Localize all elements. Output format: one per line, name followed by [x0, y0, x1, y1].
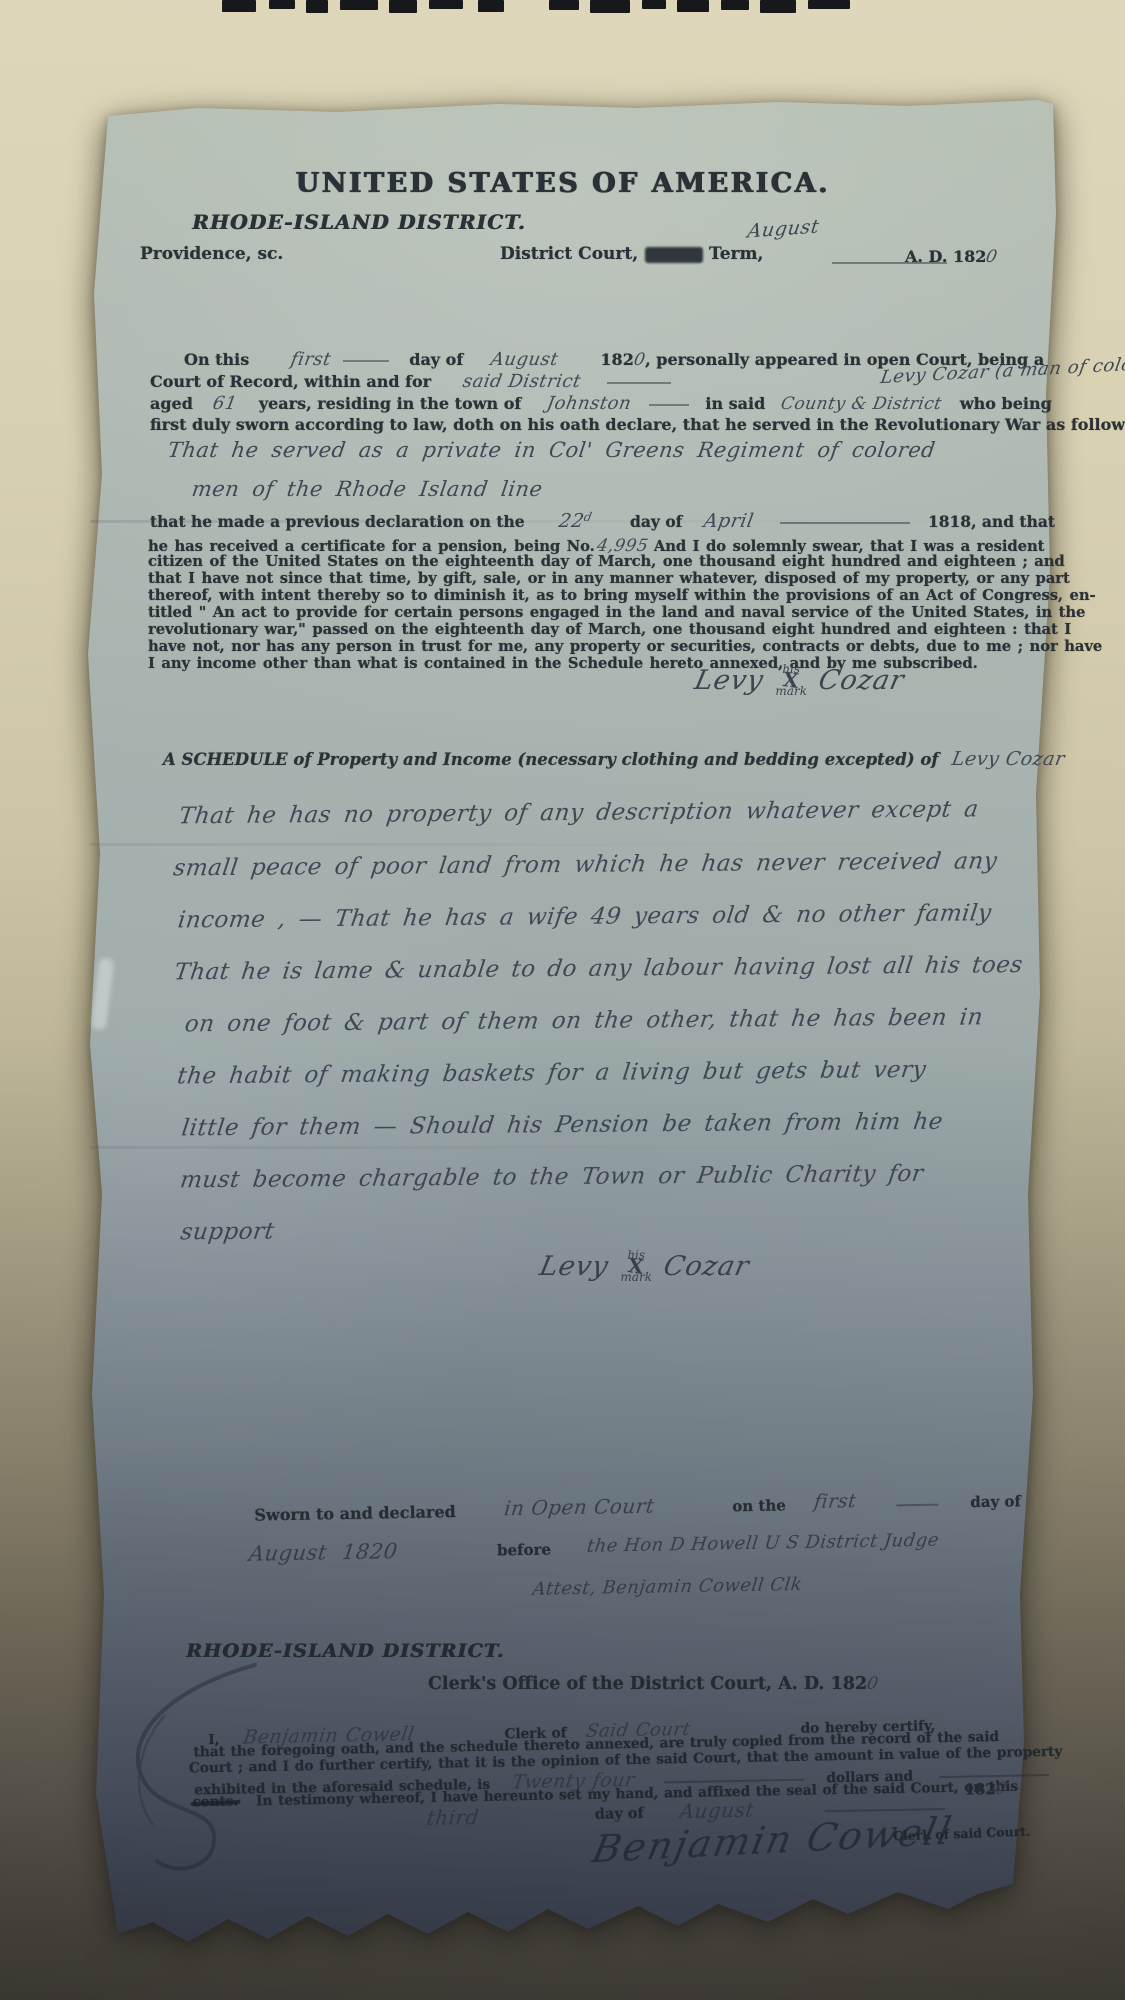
x-mark: his X mark: [620, 1250, 652, 1283]
schedule-line: That he is lame & unable to do any labou…: [173, 952, 1025, 985]
year-handwritten: 0: [994, 1779, 1008, 1799]
district-handwritten: said District: [461, 371, 583, 392]
age-handwritten: 61: [211, 393, 239, 414]
office-year-handwritten: 0: [865, 1674, 880, 1694]
county-handwritten: County & District: [780, 394, 944, 414]
prev-day-handwritten: 22: [557, 510, 586, 532]
attest-handwritten: Attest, Benjamin Cowell Clk: [531, 1574, 803, 1600]
declaration-line-2: Court of Record, within and forsaid Dist…: [150, 371, 671, 392]
prev-month-handwritten: April: [702, 510, 756, 532]
declaration-line-4: first duly sworn according to law, doth …: [150, 415, 1125, 434]
sworn-block: Sworn to and declared in Open Court on t…: [0, 0, 1125, 10]
country-title: UNITED STATES OF AMERICA.: [0, 168, 1125, 199]
day-handwritten: first: [289, 349, 333, 370]
schedule-line: must become chargable to the Town or Pub…: [179, 1161, 926, 1194]
sworn-printed: Sworn to and declared: [254, 1502, 456, 1525]
printed-text: 1818: [928, 512, 971, 531]
printed-text: aged: [150, 394, 193, 413]
schedule-line: That he has no property of any descripti…: [177, 796, 980, 829]
anno-domini: A. D. 1820: [905, 247, 998, 267]
oath-line-7: have not, nor has any person in trust fo…: [148, 638, 1102, 655]
printed-text: On this: [184, 350, 249, 369]
printed-text: that I have not since that time, by gift…: [148, 570, 1070, 587]
judge-handwritten: the Hon D Howell U S District Judge: [586, 1530, 941, 1557]
schedule-title: A SCHEDULE of Property and Income (neces…: [163, 750, 938, 769]
schedule-line: support: [179, 1219, 276, 1246]
court-label: District Court,: [500, 244, 638, 264]
prev-day-suffix-handwritten: d: [583, 510, 594, 524]
sworn-day-handwritten: first: [813, 1490, 858, 1513]
printed-text: citizen of the United States on the eigh…: [148, 553, 1065, 570]
blank-rule: [896, 1504, 938, 1507]
certification-block: I,Benjamin CowellClerk ofSaid Courtdo he…: [0, 0, 1125, 11]
clerks-office-line: Clerk's Office of the District Court, A.…: [428, 1674, 878, 1694]
schedule-line: on one foot & part of them on the other,…: [183, 1004, 984, 1037]
ad-printed: A. D. 182: [905, 247, 986, 266]
printed-text: thereof, with intent thereby so to dimin…: [148, 587, 1096, 604]
oath-line-4: thereof, with intent thereby so to dimin…: [148, 587, 1096, 604]
previous-declaration-line: that he made a previous declaration on t…: [150, 510, 1055, 532]
printed-text: revolutionary war," passed on the eighte…: [148, 621, 1071, 638]
on-the-printed: on the: [732, 1496, 786, 1515]
sworn-date-handwritten: August 1820: [248, 1539, 399, 1566]
oath-line-3: that I have not since that time, by gift…: [148, 570, 1070, 587]
printed-text: 182: [964, 1780, 996, 1799]
providence-label: Providence, sc.: [140, 244, 283, 264]
oath-line-2: citizen of the United States on the eigh…: [148, 553, 1065, 570]
schedule-title-line: A SCHEDULE of Property and Income (neces…: [163, 748, 1065, 770]
cert-day-handwritten: third: [425, 1805, 480, 1830]
levy-cozar-signature-2: Levy his X mark Cozar: [540, 1250, 749, 1283]
photo-of-historical-document: UNITED STATES OF AMERICA. RHODE-ISLAND D…: [0, 0, 1125, 2000]
ink-blot: [645, 247, 703, 263]
clerks-office-printed: Clerk's Office of the District Court, A.…: [428, 1674, 867, 1694]
printed-text: have not, nor has any person in trust fo…: [148, 638, 1102, 655]
district-heading: RHODE-ISLAND DISTRICT.: [192, 210, 526, 234]
schedule-line: little for them — Should his Pension be …: [180, 1109, 945, 1142]
printed-text: in said: [705, 394, 765, 413]
levy-cozar-signature: Levy his X mark Cozar: [695, 664, 904, 697]
signature-last-name: Cozar: [661, 1251, 753, 1282]
declaration-line-3: aged61years, residing in the town ofJohn…: [150, 393, 1052, 414]
printed-text: , and that: [971, 512, 1055, 531]
open-court-handwritten: in Open Court: [503, 1494, 656, 1521]
service-handwritten-1: That he served as a private in Col' Gree…: [166, 438, 937, 462]
cert-year: 1820: [964, 1779, 1007, 1800]
schedule-name-handwritten: Levy Cozar: [950, 748, 1067, 770]
document-text: UNITED STATES OF AMERICA. RHODE-ISLAND D…: [0, 0, 1125, 2000]
oath-line-6: revolutionary war," passed on the eighte…: [148, 621, 1071, 638]
printed-text: titled " An act to provide for certain p…: [148, 604, 1085, 621]
town-handwritten: Johnston: [545, 393, 633, 414]
schedule-line: income , — That he has a wife 49 years o…: [176, 900, 993, 933]
schedule-line: the habit of making baskets for a living…: [176, 1057, 928, 1090]
x-mark: his X mark: [775, 664, 807, 697]
x-glyph: X: [628, 1260, 645, 1273]
printed-text: years, residing in the town of: [259, 394, 521, 413]
printed-text: day of: [409, 350, 463, 369]
printed-text: that he made a previous declaration on t…: [150, 512, 525, 531]
ad-year-handwritten: 0: [985, 247, 1000, 267]
printed-text: day of: [630, 512, 682, 531]
schedule-body: That he has no property of any descripti…: [0, 0, 1125, 5]
signature-first-name: Levy: [692, 665, 767, 696]
x-glyph: X: [783, 674, 800, 687]
day-of-printed: day of: [970, 1492, 1021, 1511]
signature-first-name: Levy: [537, 1251, 612, 1282]
term-label: Term,: [709, 244, 763, 264]
printed-text: Court of Record, within and for: [150, 372, 431, 391]
signature-last-name: Cozar: [816, 665, 908, 696]
printed-text: first duly sworn according to law, doth …: [150, 415, 1125, 434]
oath-line-5: titled " An act to provide for certain p…: [148, 604, 1085, 621]
schedule-line: small peace of poor land from which he h…: [172, 848, 999, 881]
pen-flourish: [105, 1655, 315, 1885]
before-printed: before: [497, 1540, 551, 1559]
month-handwritten: August: [489, 349, 560, 370]
printed-text: 182: [600, 350, 633, 369]
printed-text: who being: [960, 394, 1052, 413]
term-month-handwritten: August: [746, 216, 821, 243]
cert-day-of-printed: day of: [595, 1805, 644, 1823]
service-handwritten-2: men of the Rhode Island line: [190, 477, 544, 501]
